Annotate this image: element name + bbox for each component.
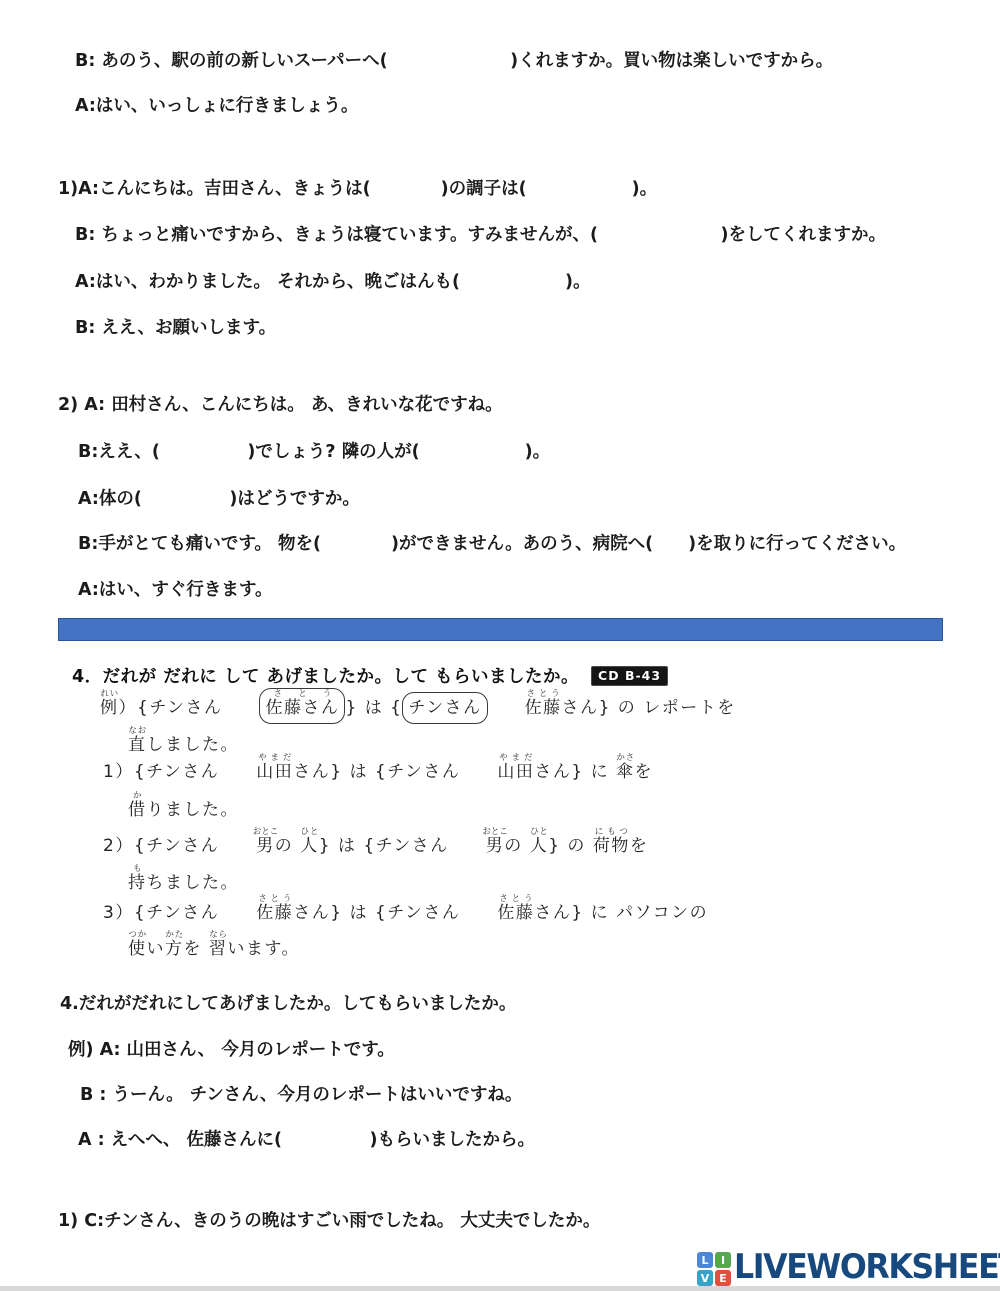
listening-q1-line: 1) C:チンさん、きのうの晩はすごい雨でしたね。 大丈夫でしたか。 [58,1210,600,1232]
circled-answer: チンさん [402,692,487,724]
textbook-example-line1: 例れい）{チンさん 佐藤さんさとう} は {チンさん 佐藤さとうさん} の レポ… [100,688,736,724]
exercise4-heading: 4．だれが だれに して あげましたか。して もらいましたか。CD B-43 [72,663,668,688]
q1-line-1: 1)A:こんにちは。吉田さん、きょうは( )の調子は( )。 [58,178,657,200]
textbook-item1-line2: 借かりました。 [128,791,239,825]
intro-line-a: A:はい、いっしょに行きましょう。 [75,95,358,117]
listening-heading: 4.だれがだれにしてあげましたか。してもらいましたか。 [60,993,516,1015]
logo-square-l: L [697,1252,713,1268]
q2-line-4: B:手がとても痛いです。 物を( )ができません。あのう、病院へ( )を取りに行… [78,533,906,555]
q1-line-4: B: ええ、お願いします。 [75,317,276,339]
section-divider-bar [58,618,943,641]
circled-answer: 佐藤さんさとう [259,688,345,724]
worksheet-page: { "colors": { "divider_bar": "#4472c4", … [0,0,1000,1291]
logo-square-v: V [697,1270,713,1286]
textbook-item3-line2: 使つかい方かたを 習ならいます。 [128,930,300,964]
page-bottom-strip [0,1286,1000,1291]
logo-wordmark: LIVEWORKSHEETS [734,1249,1000,1286]
textbook-item3-line1: 3）{チンさん 佐藤さとうさん} は {チンさん 佐藤さとうさん} に パソコン… [103,894,708,928]
logo-grid-icon: L I V E [697,1252,731,1286]
exercise4-heading-text: 4．だれが だれに して あげましたか。して もらいましたか。 [72,667,579,687]
q2-line-5: A:はい、すぐ行きます。 [78,579,272,601]
q2-line-2: B:ええ、( )でしょう? 隣の人が( )。 [78,441,550,463]
cd-audio-badge: CD B-43 [591,666,668,686]
textbook-item1-line1: 1）{チンさん 山田やまださん} は {チンさん 山田やまださん} に 傘かさを [103,753,653,787]
listening-example-line-a1: 例) A: 山田さん、 今月のレポートです。 [68,1039,395,1061]
q1-line-2: B: ちょっと痛いですから、きょうは寝ています。すみませんが、( )をしてくれま… [75,224,886,246]
textbook-item2-line2: 持もちました。 [128,864,239,898]
liveworksheets-logo[interactable]: L I V E LIVEWORKSHEETS [697,1249,1000,1286]
logo-square-e: E [715,1270,731,1286]
intro-line-b: B: あのう、駅の前の新しいスーパーへ( )くれますか。買い物は楽しいですから。 [75,50,833,72]
textbook-item2-line1: 2）{チンさん 男おとこの 人ひと} は {チンさん 男おとこの 人ひと} の … [103,827,648,861]
listening-example-line-b: B : うーん。 チンさん、今月のレポートはいいですね。 [80,1084,522,1106]
q2-line-1: 2) A: 田村さん、こんにちは。 あ、きれいな花ですね。 [58,394,503,416]
listening-example-line-a2: A : えへへ、 佐藤さんに( )もらいましたから。 [78,1129,535,1151]
q2-line-3: A:体の( )はどうですか。 [78,488,360,510]
q1-line-3: A:はい、わかりました。 それから、晩ごはんも( )。 [75,271,590,293]
logo-square-i: I [715,1252,731,1268]
